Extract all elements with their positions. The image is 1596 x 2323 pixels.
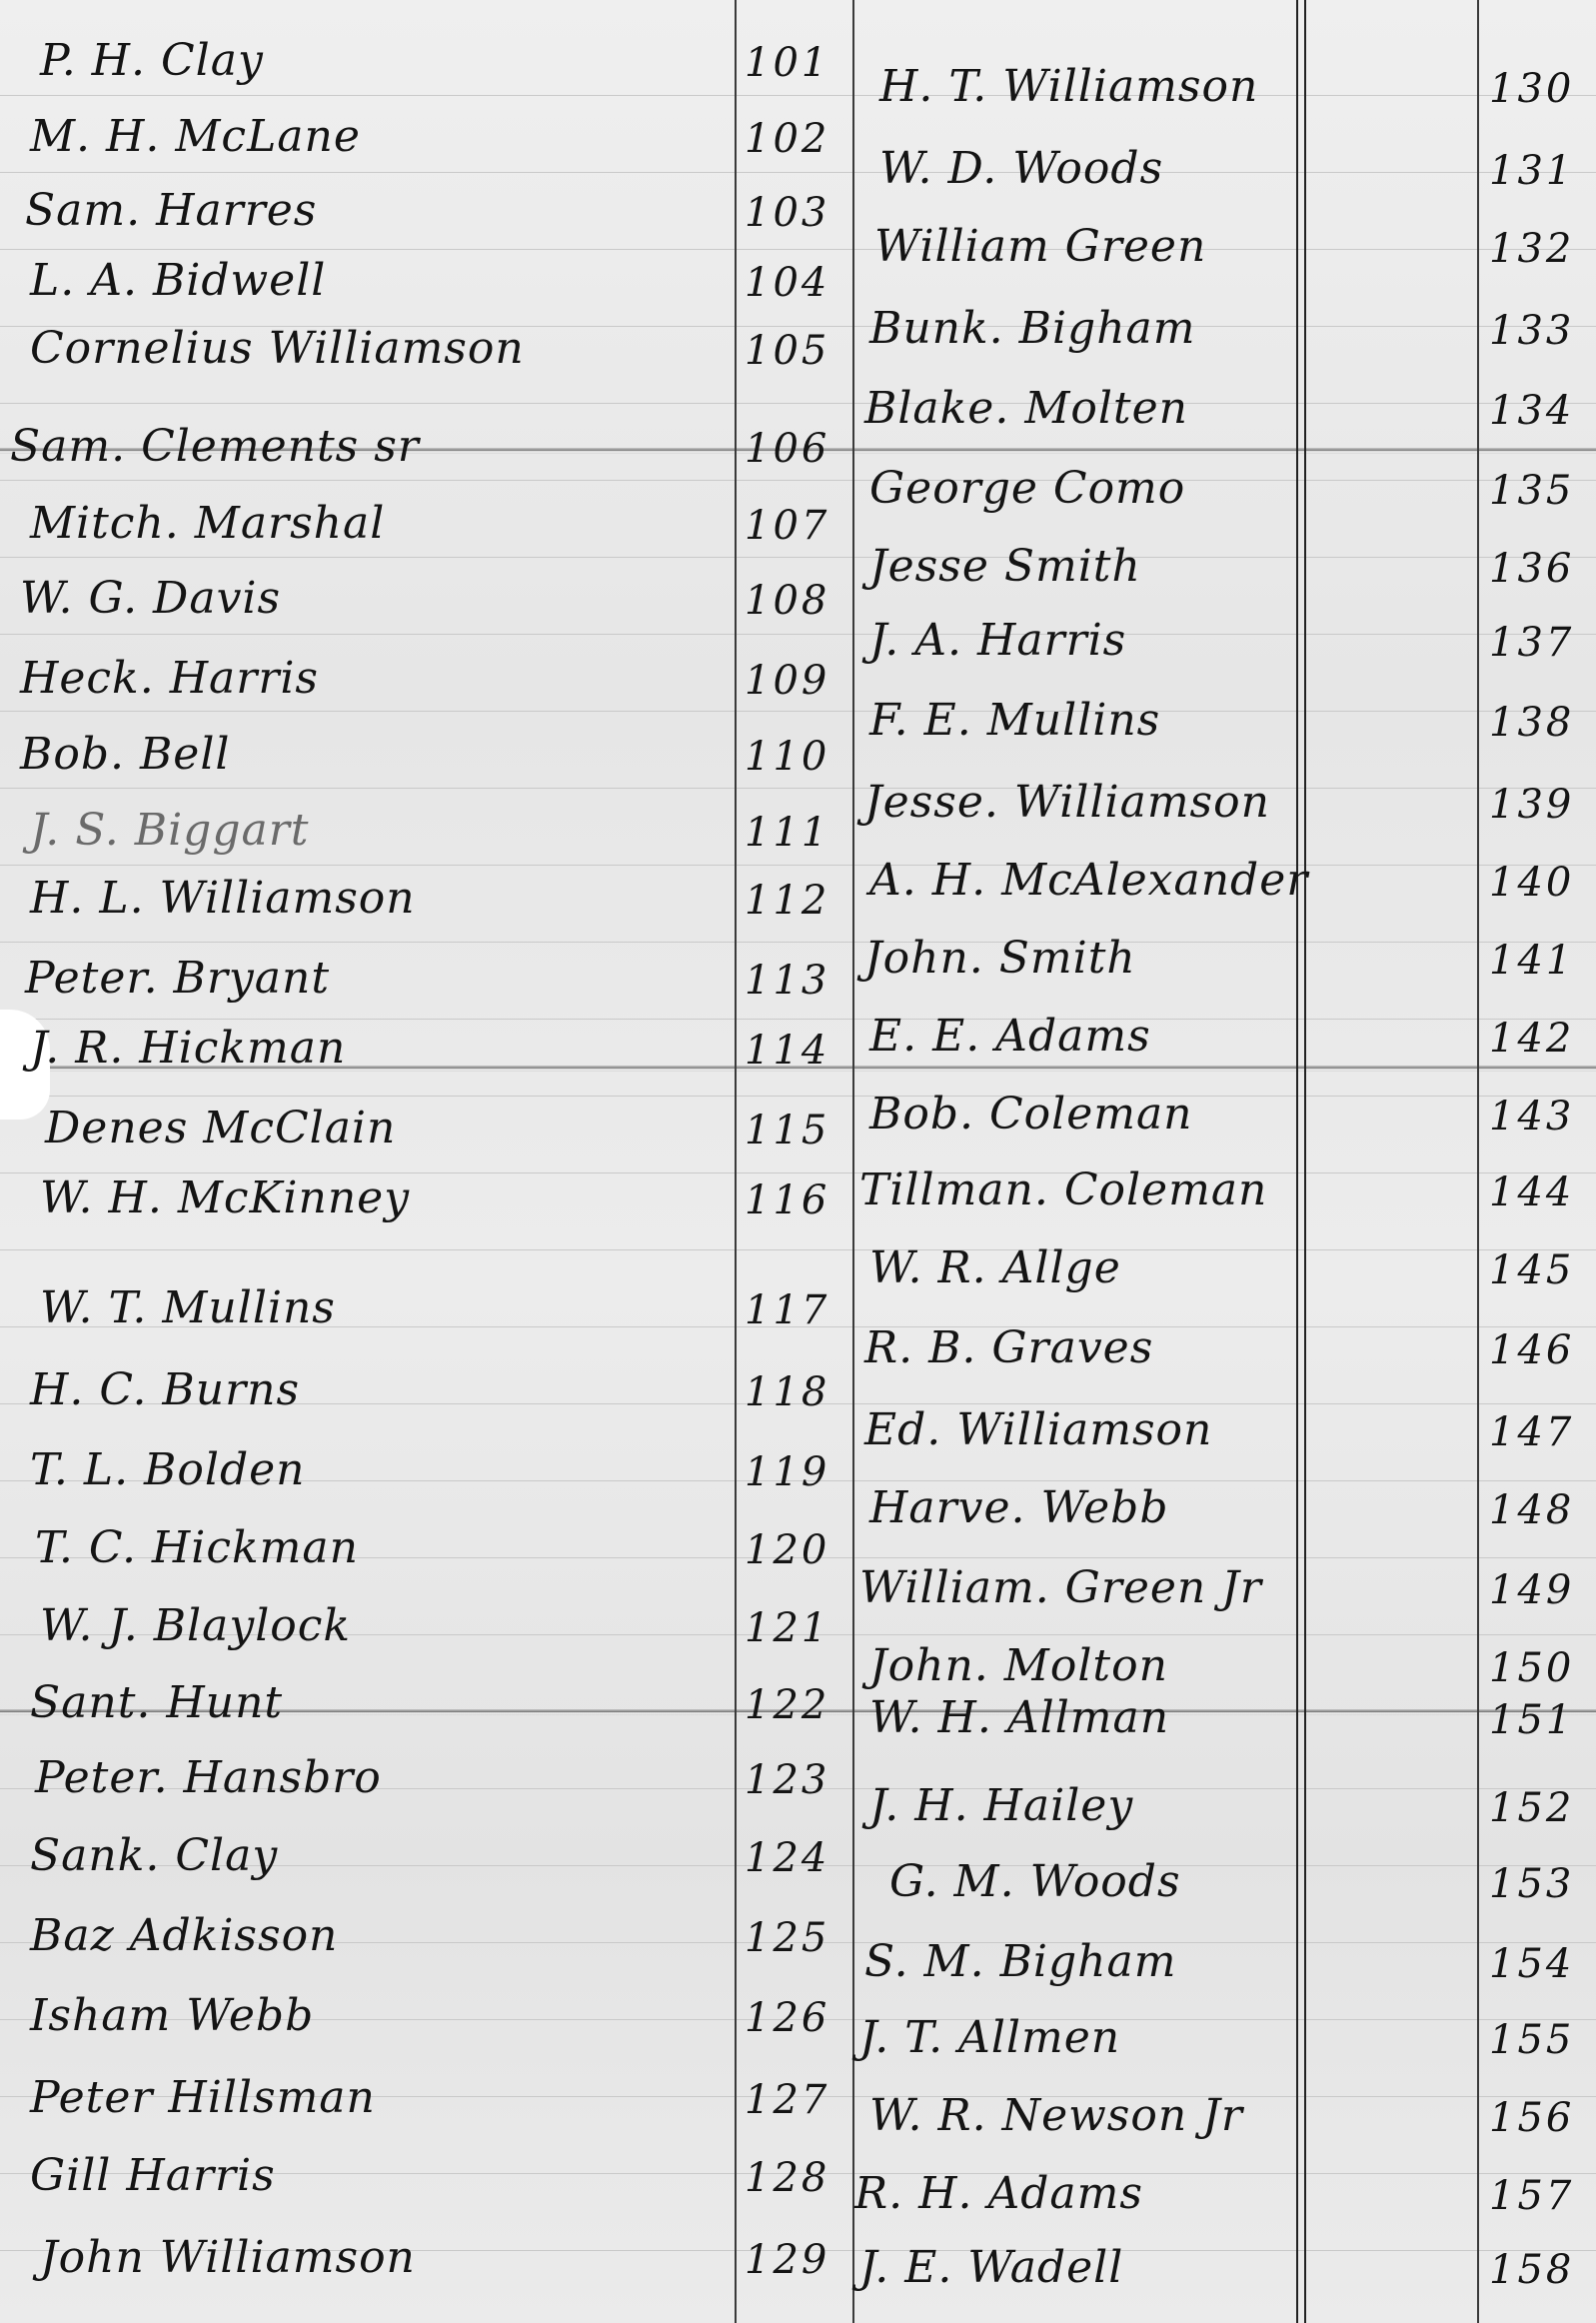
person-name: G. M. Woods bbox=[889, 1856, 1181, 1907]
entry-number: 106 bbox=[745, 426, 829, 472]
entry-number: 136 bbox=[1489, 546, 1574, 592]
column-rule-right-number bbox=[1477, 0, 1479, 2323]
person-name: W. D. Woods bbox=[879, 143, 1163, 194]
person-name: John. Molton bbox=[869, 1640, 1168, 1691]
ruled-line bbox=[0, 1019, 1596, 1020]
person-name: E. E. Adams bbox=[869, 1011, 1151, 1062]
person-name: Bob. Coleman bbox=[869, 1089, 1193, 1140]
ruled-line bbox=[0, 634, 1596, 635]
entry-number: 149 bbox=[1489, 1567, 1574, 1613]
entry-number: 140 bbox=[1489, 860, 1574, 906]
entry-number: 124 bbox=[745, 1835, 829, 1881]
person-name: George Como bbox=[869, 463, 1185, 514]
entry-number: 122 bbox=[745, 1682, 829, 1728]
entry-number: 128 bbox=[745, 2155, 829, 2201]
column-rule-double bbox=[1296, 0, 1306, 2323]
ruled-line bbox=[0, 942, 1596, 943]
ruled-line bbox=[0, 403, 1596, 404]
person-name: R. H. Adams bbox=[854, 2168, 1143, 2219]
entry-number: 117 bbox=[745, 1287, 829, 1333]
person-name: Blake. Molten bbox=[864, 383, 1188, 434]
entry-number: 144 bbox=[1489, 1169, 1574, 1215]
ruled-line bbox=[0, 865, 1596, 866]
entry-number: 108 bbox=[745, 578, 829, 624]
entry-number: 112 bbox=[745, 878, 829, 924]
entry-number: 133 bbox=[1489, 308, 1574, 354]
person-name: S. M. Bigham bbox=[864, 1936, 1176, 1987]
entry-number: 141 bbox=[1489, 938, 1574, 984]
person-name: H. C. Burns bbox=[30, 1364, 300, 1415]
person-name: L. A. Bidwell bbox=[30, 255, 326, 306]
entry-number: 135 bbox=[1489, 468, 1574, 514]
entry-number: 113 bbox=[745, 958, 829, 1004]
person-name: Denes McClain bbox=[45, 1103, 396, 1154]
entry-number: 132 bbox=[1489, 226, 1574, 272]
entry-number: 131 bbox=[1489, 148, 1574, 194]
person-name: J. A. Harris bbox=[869, 615, 1126, 666]
entry-number: 156 bbox=[1489, 2095, 1574, 2141]
column-rule-divider bbox=[852, 0, 854, 2323]
entry-number: 147 bbox=[1489, 1409, 1574, 1455]
ruled-line bbox=[0, 249, 1596, 250]
person-name: W. R. Allge bbox=[869, 1242, 1121, 1293]
entry-number: 102 bbox=[745, 116, 829, 162]
person-name: Ed. Williamson bbox=[864, 1404, 1212, 1455]
person-name: M. H. McLane bbox=[30, 111, 361, 162]
entry-number: 127 bbox=[745, 2077, 829, 2123]
entry-number: 118 bbox=[745, 1369, 829, 1415]
ruled-line bbox=[0, 557, 1596, 558]
person-name: Jesse Smith bbox=[869, 541, 1141, 592]
entry-number: 129 bbox=[745, 2237, 829, 2283]
entry-number: 155 bbox=[1489, 2017, 1574, 2063]
ledger-page: P. H. Clay101 M. H. McLane102 Sam. Harre… bbox=[0, 0, 1596, 2323]
entry-number: 134 bbox=[1489, 388, 1574, 434]
entry-number: 120 bbox=[745, 1527, 829, 1573]
person-name: Cornelius Williamson bbox=[30, 323, 525, 374]
person-name: J. S. Biggart bbox=[30, 805, 309, 856]
person-name: J. E. Wadell bbox=[859, 2242, 1123, 2293]
person-name: A. H. McAlexander bbox=[869, 855, 1308, 906]
ruled-line bbox=[0, 480, 1596, 481]
person-name: W. J. Blaylock bbox=[40, 1600, 351, 1651]
column-rule-left-number bbox=[735, 0, 737, 2323]
person-name: Heck. Harris bbox=[20, 653, 319, 704]
entry-number: 114 bbox=[745, 1028, 829, 1074]
person-name: Mitch. Marshal bbox=[30, 498, 385, 549]
person-name: Bob. Bell bbox=[20, 729, 230, 780]
person-name: William Green bbox=[874, 221, 1206, 272]
person-name: F. E. Mullins bbox=[869, 695, 1160, 746]
person-name: W. T. Mullins bbox=[40, 1282, 336, 1333]
entry-number: 142 bbox=[1489, 1016, 1574, 1062]
entry-number: 101 bbox=[745, 40, 829, 86]
entry-number: 154 bbox=[1489, 1941, 1574, 1987]
person-name: W. R. Newson Jr bbox=[869, 2090, 1243, 2141]
person-name: Jesse. Williamson bbox=[864, 777, 1270, 828]
entry-number: 105 bbox=[745, 328, 829, 374]
person-name: W. H. Allman bbox=[869, 1692, 1169, 1743]
person-name: Sam. Clements sr bbox=[10, 421, 420, 472]
person-name: Gill Harris bbox=[30, 2150, 276, 2201]
entry-number: 109 bbox=[745, 658, 829, 704]
person-name: J. R. Hickman bbox=[30, 1023, 346, 1074]
person-name: Sant. Hunt bbox=[30, 1677, 283, 1728]
entry-number: 107 bbox=[745, 503, 829, 549]
person-name: Bunk. Bigham bbox=[869, 303, 1196, 354]
ruled-line bbox=[0, 95, 1596, 96]
entry-number: 130 bbox=[1489, 66, 1574, 112]
ruled-line bbox=[0, 172, 1596, 173]
person-name: J. T. Allmen bbox=[859, 2012, 1120, 2063]
entry-number: 153 bbox=[1489, 1861, 1574, 1907]
entry-number: 123 bbox=[745, 1757, 829, 1803]
entry-number: 157 bbox=[1489, 2173, 1574, 2219]
person-name: John Williamson bbox=[40, 2232, 416, 2283]
person-name: Peter. Hansbro bbox=[35, 1752, 382, 1803]
person-name: P. H. Clay bbox=[40, 35, 264, 86]
person-name: J. H. Hailey bbox=[869, 1780, 1133, 1831]
entry-number: 138 bbox=[1489, 700, 1574, 746]
person-name: John. Smith bbox=[864, 933, 1136, 984]
entry-number: 158 bbox=[1489, 2247, 1574, 2293]
person-name: Isham Webb bbox=[30, 1990, 314, 2041]
ruled-line bbox=[0, 1249, 1596, 1250]
person-name: Tillman. Coleman bbox=[859, 1164, 1267, 1215]
entry-number: 145 bbox=[1489, 1247, 1574, 1293]
ruled-line bbox=[0, 1096, 1596, 1097]
person-name: William. Green Jr bbox=[859, 1562, 1262, 1613]
person-name: H. L. Williamson bbox=[30, 873, 416, 924]
entry-number: 126 bbox=[745, 1995, 829, 2041]
entry-number: 148 bbox=[1489, 1487, 1574, 1533]
person-name: Harve. Webb bbox=[869, 1482, 1169, 1533]
entry-number: 137 bbox=[1489, 620, 1574, 666]
entry-number: 143 bbox=[1489, 1094, 1574, 1140]
entry-number: 125 bbox=[745, 1915, 829, 1961]
entry-number: 151 bbox=[1489, 1697, 1574, 1743]
person-name: W. H. McKinney bbox=[40, 1172, 410, 1223]
person-name: Sank. Clay bbox=[30, 1830, 278, 1881]
entry-number: 115 bbox=[745, 1108, 829, 1154]
entry-number: 119 bbox=[745, 1449, 829, 1495]
entry-number: 150 bbox=[1489, 1645, 1574, 1691]
entry-number: 139 bbox=[1489, 782, 1574, 828]
entry-number: 121 bbox=[745, 1605, 829, 1651]
entry-number: 152 bbox=[1489, 1785, 1574, 1831]
person-name: Peter. Bryant bbox=[25, 953, 330, 1004]
person-name: Baz Adkisson bbox=[30, 1910, 338, 1961]
person-name: H. T. Williamson bbox=[879, 61, 1258, 112]
person-name: W. G. Davis bbox=[20, 573, 281, 624]
ruled-line bbox=[0, 788, 1596, 789]
entry-number: 111 bbox=[745, 810, 829, 856]
entry-number: 104 bbox=[745, 260, 829, 306]
entry-number: 116 bbox=[745, 1177, 829, 1223]
person-name: R. B. Graves bbox=[864, 1322, 1153, 1373]
person-name: Sam. Harres bbox=[25, 185, 317, 236]
entry-number: 103 bbox=[745, 190, 829, 236]
person-name: Peter Hillsman bbox=[30, 2072, 376, 2123]
entry-number: 110 bbox=[745, 734, 829, 780]
entry-number: 146 bbox=[1489, 1327, 1574, 1373]
person-name: T. C. Hickman bbox=[35, 1522, 359, 1573]
ruled-line bbox=[0, 711, 1596, 712]
person-name: T. L. Bolden bbox=[30, 1444, 305, 1495]
